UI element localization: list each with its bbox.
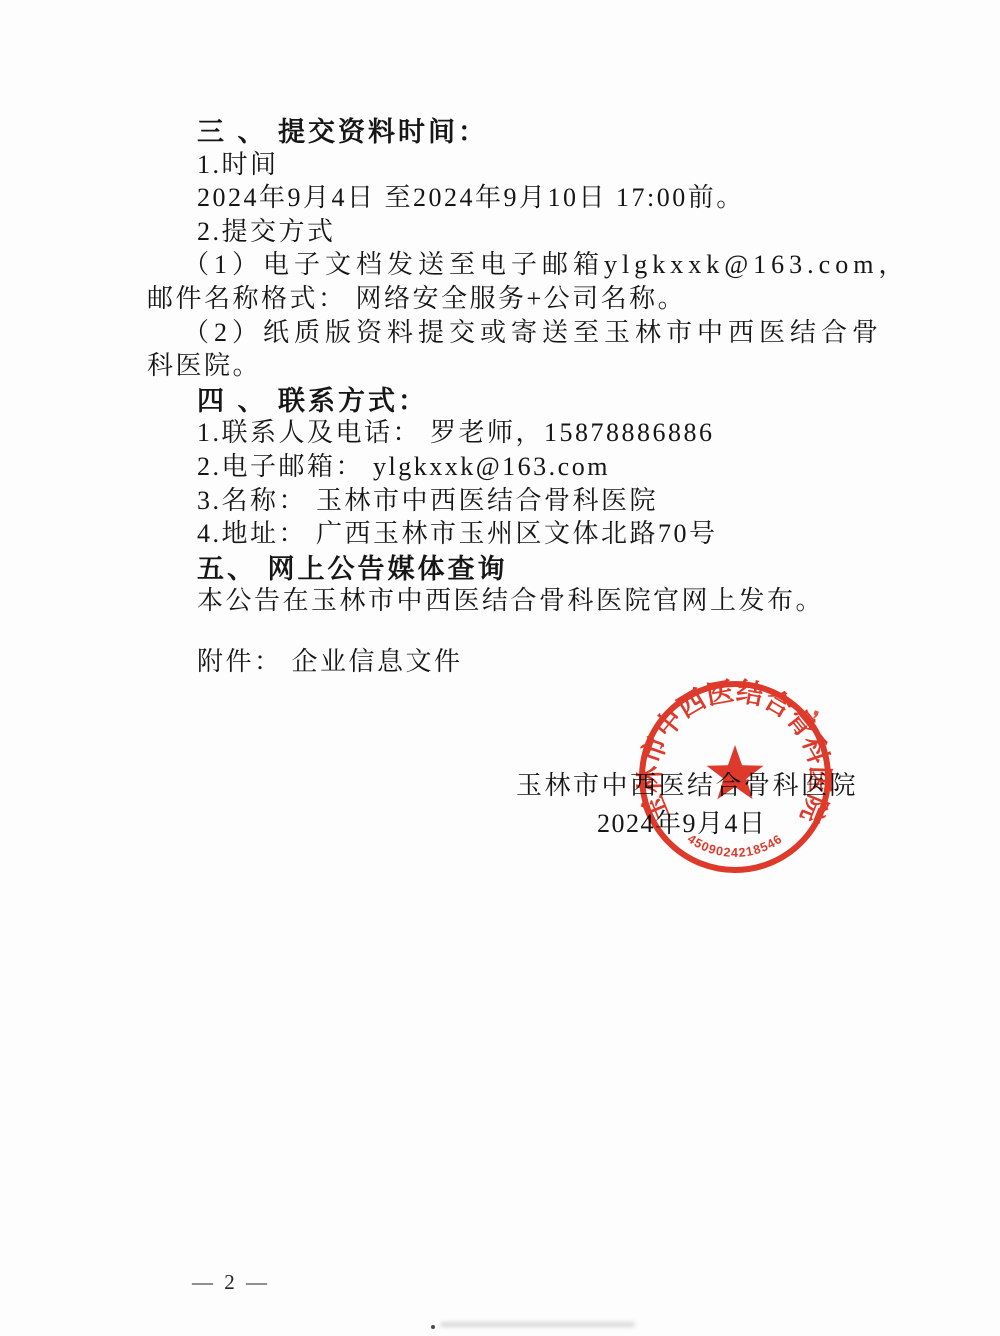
document-page: 三 、 提交资料时间：1.时间2024年9月4日 至2024年9月10日 17:… bbox=[0, 0, 1000, 1336]
document-line: 2024年9月4日 至2024年9月10日 17:00前。 bbox=[197, 177, 745, 214]
document-line: 2.电子邮箱： ylgkxxk@163.com bbox=[197, 446, 610, 483]
page-number: — 2 — bbox=[192, 1270, 270, 1295]
document-line: （1）电子文档发送至电子邮箱ylgkxxk@163.com， bbox=[183, 244, 909, 281]
seal-serial-number: 4509024218546 bbox=[685, 832, 785, 860]
scan-speck bbox=[431, 1325, 435, 1329]
document-line: 1.联系人及电话： 罗老师，15878886886 bbox=[197, 412, 715, 449]
document-line: （2）纸质版资料提交或寄送至玉林市中西医结合骨 bbox=[183, 312, 883, 349]
document-line: 附件： 企业信息文件 bbox=[197, 641, 463, 678]
scan-smudge bbox=[440, 1322, 635, 1327]
star-icon bbox=[707, 745, 764, 799]
document-line: 4.地址： 广西玉林市玉州区文体北路70号 bbox=[197, 513, 718, 550]
document-line: 2.提交方式 bbox=[197, 211, 336, 248]
svg-text:4509024218546: 4509024218546 bbox=[685, 832, 785, 860]
document-line: 本公告在玉林市中西医结合骨科医院官网上发布。 bbox=[197, 580, 824, 617]
document-line: 1.时间 bbox=[197, 144, 279, 181]
document-line: 邮件名称格式： 网络安全服务+公司名称。 bbox=[147, 278, 686, 315]
official-seal: 玉林市中西医结合骨科医院 4509024218546 bbox=[627, 676, 843, 880]
document-line: 科医院。 bbox=[147, 345, 261, 382]
document-line: 3.名称： 玉林市中西医结合骨科医院 bbox=[197, 480, 658, 517]
